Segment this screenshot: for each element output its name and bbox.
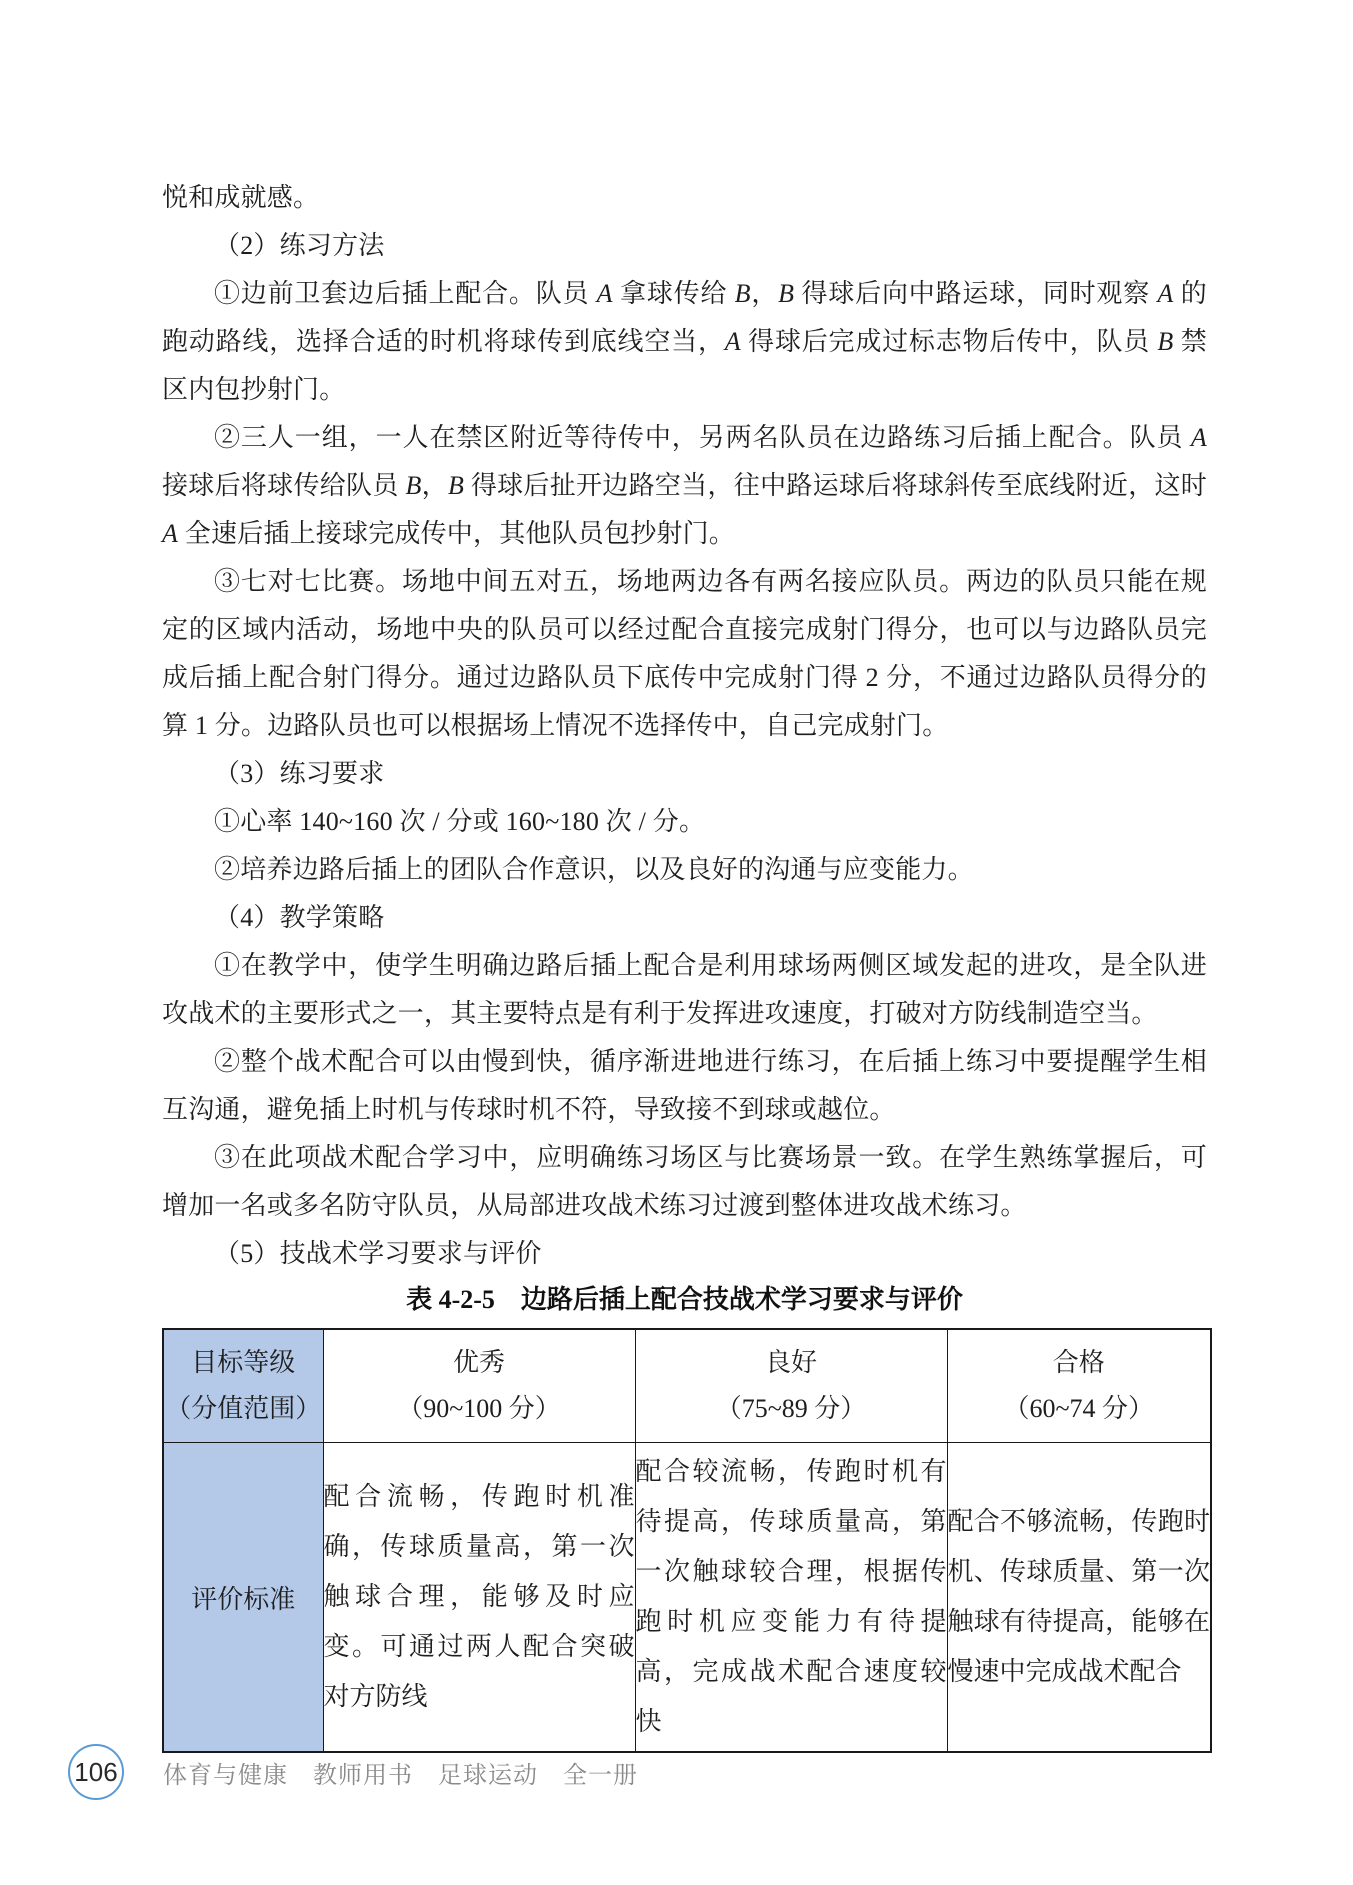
column-subtitle: （60~74 分） bbox=[948, 1386, 1211, 1432]
column-subtitle: （75~89 分） bbox=[636, 1386, 947, 1432]
paragraph: ③七对七比赛。场地中间五对五，场地两边各有两名接应队员。两边的队员只能在规定的区… bbox=[162, 558, 1207, 750]
table-header-cell: 优秀 （90~100 分） bbox=[323, 1329, 635, 1443]
column-title: 目标等级 bbox=[164, 1340, 323, 1386]
column-title: 优秀 bbox=[324, 1340, 635, 1386]
row-label-cell: 评价标准 bbox=[163, 1443, 323, 1753]
paragraph: （2）练习方法 bbox=[162, 222, 1207, 270]
table-header-cell: 目标等级 （分值范围） bbox=[163, 1329, 323, 1443]
textbook-page: 悦和成就感。 （2）练习方法 ①边前卫套边后插上配合。队员 A 拿球传给 B，B… bbox=[0, 0, 1353, 1885]
paragraph: ③在此项战术配合学习中，应明确练习场区与比赛场景一致。在学生熟练掌握后，可增加一… bbox=[162, 1134, 1207, 1230]
table-header-cell: 良好 （75~89 分） bbox=[635, 1329, 947, 1443]
page-number-badge: 106 bbox=[68, 1744, 124, 1800]
table-header-cell: 合格 （60~74 分） bbox=[947, 1329, 1211, 1443]
table-row: 评价标准 配合流畅，传跑时机准确，传球质量高，第一次触球合理，能够及时应变。可通… bbox=[163, 1443, 1211, 1753]
page-number: 106 bbox=[74, 1757, 117, 1788]
column-title: 良好 bbox=[636, 1340, 947, 1386]
table-header-row: 目标等级 （分值范围） 优秀 （90~100 分） 良好 （75~89 分） 合… bbox=[163, 1329, 1211, 1443]
paragraph: （4）教学策略 bbox=[162, 894, 1207, 942]
paragraph: ①边前卫套边后插上配合。队员 A 拿球传给 B，B 得球后向中路运球，同时观察 … bbox=[162, 270, 1207, 414]
paragraph: ①在教学中，使学生明确边路后插上配合是利用球场两侧区域发起的进攻，是全队进攻战术… bbox=[162, 942, 1207, 1038]
page-footer: 106 体育与健康 教师用书 足球运动 全一册 bbox=[0, 1742, 1353, 1802]
column-subtitle: （分值范围） bbox=[164, 1386, 323, 1432]
evaluation-table: 目标等级 （分值范围） 优秀 （90~100 分） 良好 （75~89 分） 合… bbox=[162, 1328, 1212, 1753]
table-caption: 表 4-2-5 边路后插上配合技战术学习要求与评价 bbox=[162, 1282, 1207, 1318]
column-title: 合格 bbox=[948, 1340, 1211, 1386]
footer-book-title: 体育与健康 教师用书 足球运动 全一册 bbox=[163, 1742, 638, 1802]
column-subtitle: （90~100 分） bbox=[324, 1386, 635, 1432]
criteria-cell-pass: 配合不够流畅，传跑时机、传球质量、第一次触球有待提高，能够在慢速中完成战术配合 bbox=[947, 1443, 1211, 1753]
body-text: 悦和成就感。 （2）练习方法 ①边前卫套边后插上配合。队员 A 拿球传给 B，B… bbox=[162, 174, 1207, 1753]
paragraph: ②三人一组，一人在禁区附近等待传中，另两名队员在边路练习后插上配合。队员 A 接… bbox=[162, 414, 1207, 558]
paragraph: （5）技战术学习要求与评价 bbox=[162, 1230, 1207, 1278]
paragraph: 悦和成就感。 bbox=[162, 174, 1207, 222]
criteria-cell-excellent: 配合流畅，传跑时机准确，传球质量高，第一次触球合理，能够及时应变。可通过两人配合… bbox=[323, 1443, 635, 1753]
criteria-cell-good: 配合较流畅，传跑时机有待提高，传球质量高，第一次触球较合理，根据传跑时机应变能力… bbox=[635, 1443, 947, 1753]
paragraph: ②培养边路后插上的团队合作意识，以及良好的沟通与应变能力。 bbox=[162, 846, 1207, 894]
paragraph: ②整个战术配合可以由慢到快，循序渐进地进行练习，在后插上练习中要提醒学生相互沟通… bbox=[162, 1038, 1207, 1134]
paragraph: ①心率 140~160 次 / 分或 160~180 次 / 分。 bbox=[162, 798, 1207, 846]
paragraph: （3）练习要求 bbox=[162, 750, 1207, 798]
